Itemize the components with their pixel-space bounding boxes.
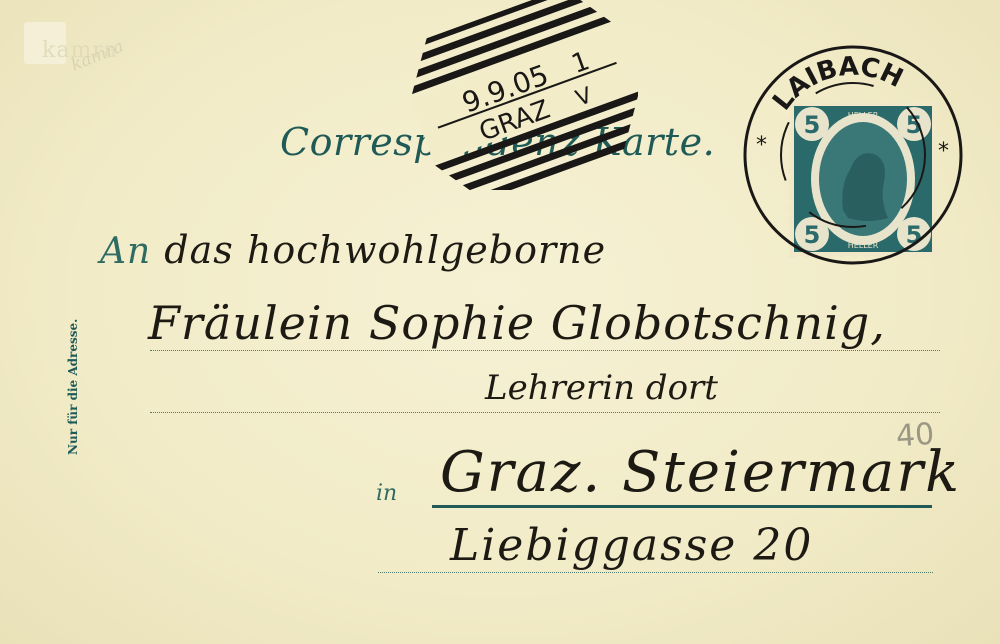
svg-text:*: * [938, 139, 949, 164]
in-label: in [376, 481, 397, 506]
address-prefix: An [100, 231, 151, 272]
postcard: kamra kamra Correspondenz-Karte. 9.9 [0, 0, 1000, 644]
laibach-postmark: LAIBACH * * [738, 40, 968, 270]
address-line-2: Fräulein Sophie Globotschnig, [148, 296, 886, 350]
city-underline [432, 505, 932, 508]
graz-postmark: 9.9.05 1 GRAZ V [412, 0, 638, 190]
address-line-1: An das hochwohlgeborne [100, 228, 606, 272]
address-line-4: Graz. Steiermark [440, 440, 961, 505]
address-dotted-line-3 [378, 572, 933, 573]
address-line-5: Liebiggasse 20 [450, 520, 813, 571]
address-dotted-line-1 [150, 350, 940, 351]
watermark-logo: kamra kamra [12, 12, 122, 92]
svg-text:*: * [756, 133, 767, 158]
address-only-label: Nur für die Adresse. [66, 345, 116, 495]
pencil-note: 40 [895, 417, 936, 455]
address-dotted-line-2 [150, 412, 940, 413]
address-line-3: Lehrerin dort [485, 368, 718, 408]
